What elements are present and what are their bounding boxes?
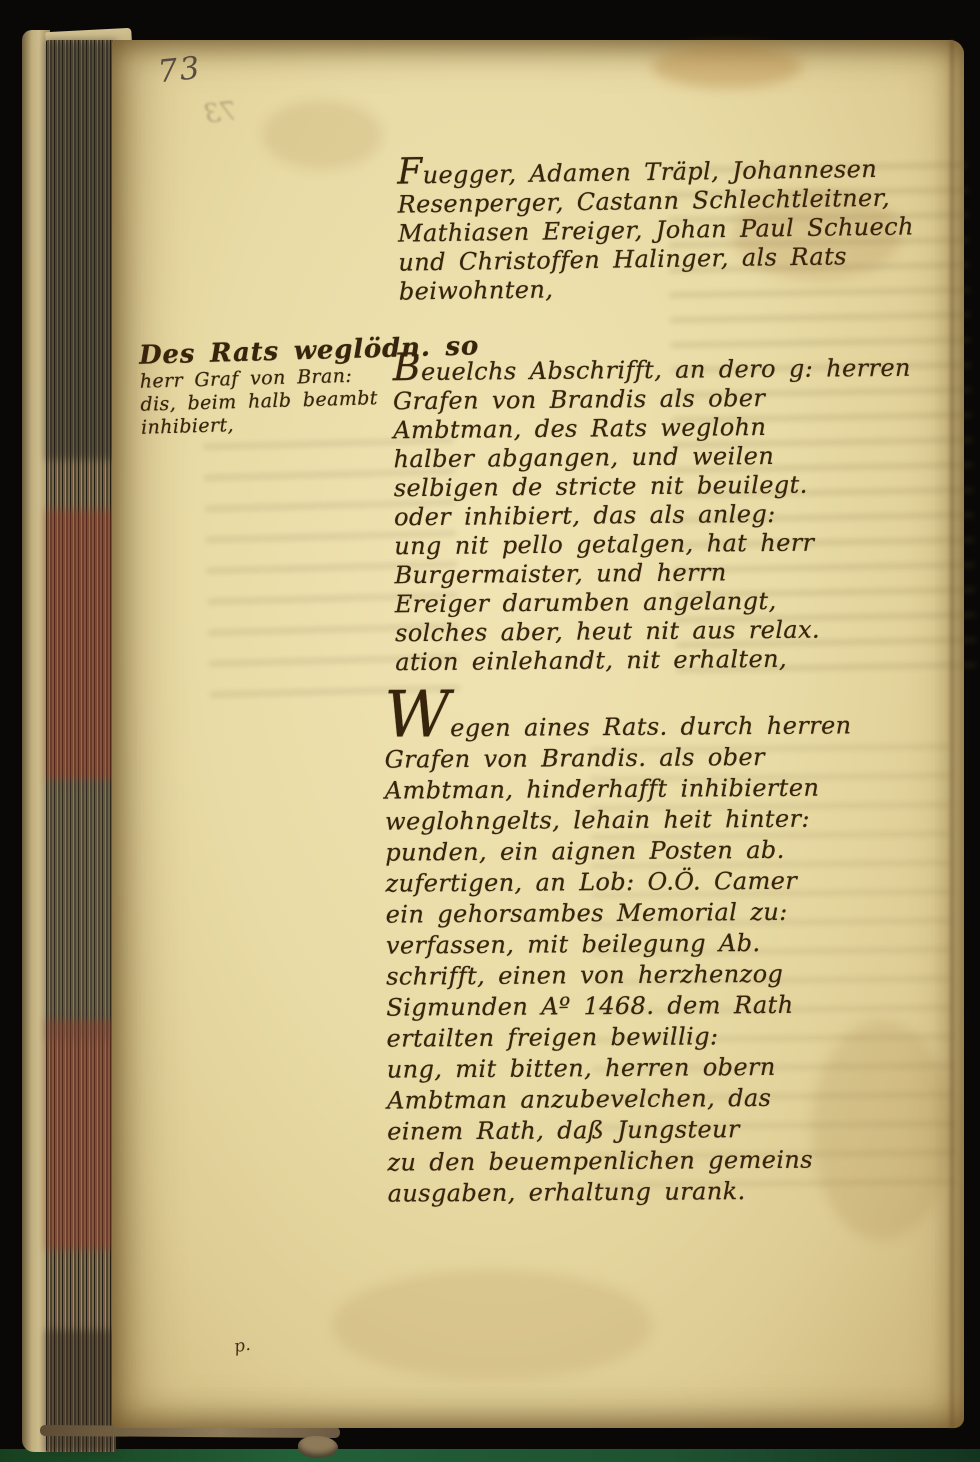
paragraph-wegen-rats-weglohn: Wegen aines Rats. durch herren Grafen vo…	[384, 698, 855, 1209]
fore-edge-dark-tint	[46, 40, 116, 460]
fore-edge-red-speckle	[46, 1020, 116, 1250]
manuscript-line: Ambtman anzubevelchen, das	[387, 1082, 854, 1116]
folio-number-offset-ghost: 73	[203, 96, 239, 129]
manuscript-line: ung, mit bitten, herren obern	[387, 1051, 854, 1085]
manuscript-line: oder inhibiert, das als anleg:	[394, 499, 912, 533]
manuscript-line: Sigmunden Aº 1468. dem Rath	[386, 989, 853, 1023]
manuscript-line: Grafen von Brandis. als ober	[385, 741, 852, 775]
manuscript-line: ertailten freigen bewillig:	[386, 1020, 853, 1054]
manuscript-line: Ereiger darumben angelangt,	[395, 586, 913, 620]
paragraph-council-attendees: Fuegger, Adamen Träpl, Johannesen Resenp…	[397, 152, 915, 306]
manuscript-line: schrifft, einen von herzhenzog	[386, 958, 853, 992]
book-photo-scene: 73 73 Fuegger, Adamen Träpl, Johannesen …	[0, 0, 980, 1462]
manuscript-line: ausgaben, erhaltung urank.	[388, 1175, 855, 1209]
manuscript-line: solches aber, heut nit aus relax.	[395, 615, 913, 649]
stray-ink-mark: p.	[232, 1335, 252, 1358]
manuscript-page: 73 73 Fuegger, Adamen Träpl, Johannesen …	[112, 40, 964, 1428]
paper-stain	[332, 1270, 652, 1380]
manuscript-line: weglohngelts, lehain heit hinter:	[385, 803, 852, 837]
book-fore-edge-stack	[46, 40, 116, 1452]
manuscript-line: Ambtman, hinderhafft inhibierten	[385, 772, 852, 806]
manuscript-line: ein gehorsambes Memorial zu:	[386, 896, 853, 930]
manuscript-line: zu den beuempenlichen gemeins	[387, 1144, 854, 1178]
manuscript-line: ation einlehandt, nit erhalten,	[395, 644, 913, 678]
manuscript-line: einem Rath, daß Jungsteur	[387, 1113, 854, 1147]
paper-stain	[262, 100, 382, 170]
manuscript-line: Grafen von Brandis als ober	[393, 383, 911, 417]
manuscript-line: Ambtman, des Rats weglohn	[393, 412, 911, 446]
paper-stain	[652, 44, 802, 88]
binding-tie-tab	[298, 1436, 338, 1458]
manuscript-line: ung nit pello getalgen, hat herr	[394, 528, 912, 562]
manuscript-line: zufertigen, an Lob: O.Ö. Camer	[385, 865, 852, 899]
manuscript-line: halber abgangen, und weilen	[393, 441, 911, 475]
manuscript-line: Burgermaister, und herrn	[394, 557, 912, 591]
fore-edge-red-speckle	[46, 510, 116, 780]
folio-number: 73	[156, 50, 203, 90]
manuscript-line: Wegen aines Rats. durch herren	[384, 698, 851, 744]
paragraph-beuelchs-abschrifft: Beuelchs Abschrifft, an dero g: herren G…	[393, 350, 914, 678]
page-crease	[950, 40, 954, 1428]
manuscript-line: Beuelchs Abschrifft, an dero g: herren	[393, 350, 911, 388]
table-edge-strip	[0, 1449, 980, 1462]
manuscript-line: punden, ein aignen Posten ab.	[385, 834, 852, 868]
fore-edge-grey-tint	[46, 780, 116, 1040]
manuscript-line: selbigen de stricte nit beuilegt.	[394, 470, 912, 504]
manuscript-line: verfassen, mit beilegung Ab.	[386, 927, 853, 961]
